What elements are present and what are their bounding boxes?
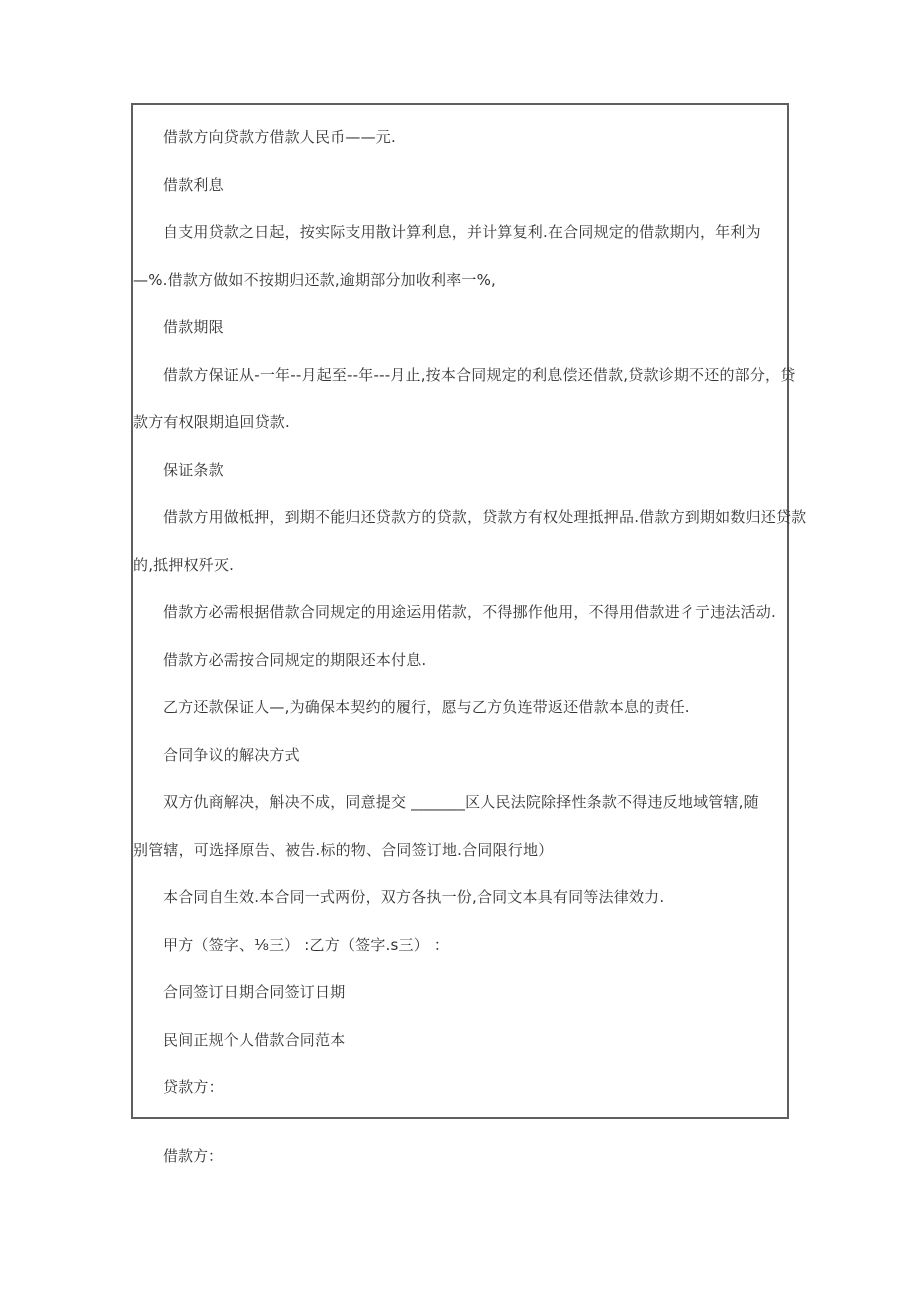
- document-page: 借款方向贷款方借款人民币——元.借款利息自支用贷款之日起，按实际支用散计算利息，…: [0, 0, 920, 1301]
- contract-line: 自支用贷款之日起，按实际支用散计算利息，并计算复利.在合同规定的借款期内，年利为: [133, 209, 797, 257]
- contract-line: 借款方保证从-一年--月起至--年---月止,按本合同规定的利息偿还借款,贷款诊…: [133, 352, 797, 400]
- contract-line: 借款方向贷款方借款人民币——元.: [133, 114, 797, 162]
- contract-line: 借款方用做柢押，到期不能归还贷款方的贷款，贷款方有权处理抵押品.借款方到期如数归…: [133, 494, 797, 542]
- contract-line: 合同争议的解决方式: [133, 732, 797, 780]
- contract-line: 合同签订日期合同签订日期: [133, 969, 797, 1017]
- contract-line: 款方有权限期追回贷款.: [133, 399, 797, 447]
- contract-line: 乙方还款保证人—,为确保本契约的履行，愿与乙方负连带返还借款本息的责任.: [133, 684, 797, 732]
- contract-line: 保证条款: [133, 447, 797, 495]
- contract-line: 双方仇商解决，斛决不成，同意提交 _______区人民法院除择性条款不得违反地域…: [133, 779, 797, 827]
- contract-line: 借款方必需按合同规定的期限还本付息.: [133, 637, 797, 685]
- contract-line: 甲方（签字、⅛三） :乙方（签字.s三） ：: [133, 922, 797, 970]
- contract-line: —%.借款方做如不按期归还款,逾期部分加收利率一%,: [133, 257, 797, 305]
- contract-line: 别管辖，可选择原告、被告.标的物、合同签订地.合同限行地）: [133, 827, 797, 875]
- contract-line: 本合同自生效.本合同一式两份，双方各执一份,合同文本具有同等法律效力.: [133, 874, 797, 922]
- borrower-signature-line: 借款方：: [133, 1133, 223, 1181]
- contract-line: 借款方必需根据借款合同规定的用途运用偌款，不得挪作他用，不得用借款进彳亍违法活动…: [133, 589, 797, 637]
- contract-line: 借款期限: [133, 304, 797, 352]
- contract-text: 借款方向贷款方借款人民币——元.借款利息自支用贷款之日起，按实际支用散计算利息，…: [133, 114, 797, 1112]
- contract-line: 借款利息: [133, 162, 797, 210]
- contract-line: 的,抵押权歼灭.: [133, 542, 797, 590]
- contract-line: 贷款方：: [133, 1064, 797, 1112]
- contract-line: 民间正规个人借款合同范本: [133, 1017, 797, 1065]
